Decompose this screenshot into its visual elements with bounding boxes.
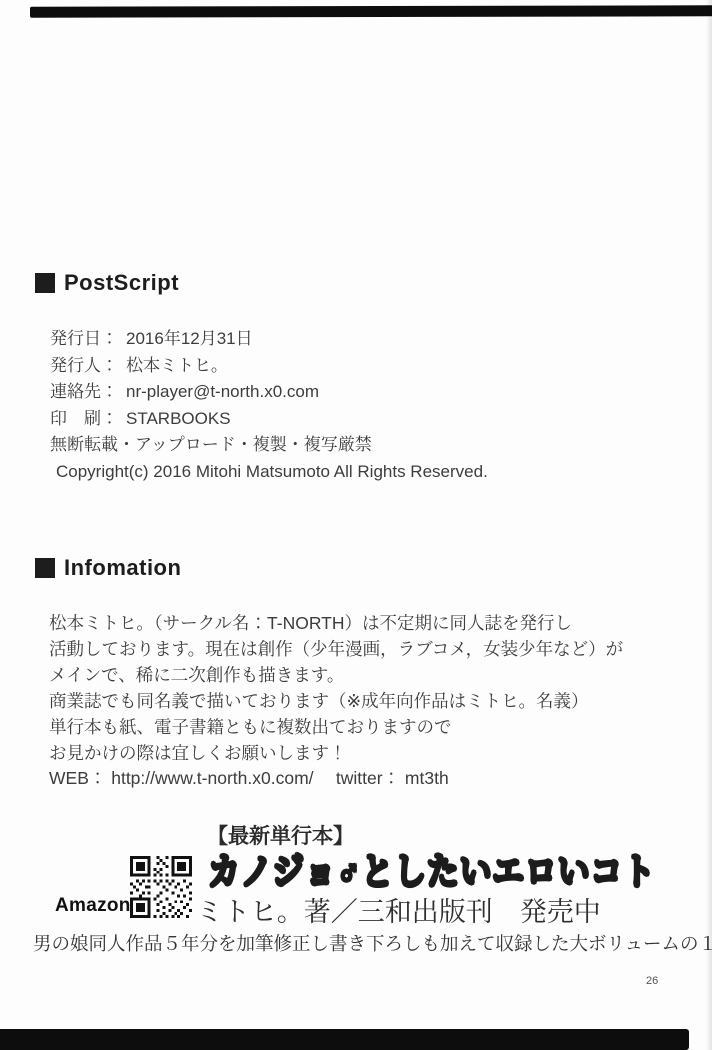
colophon-label: 印 刷：: [50, 409, 118, 428]
book-description-line: 男の娘同人作品５年分を加筆修正し書き下ろしも加えて収録した大ボリュームの１冊！: [33, 930, 712, 956]
colophon-label: 発行日：: [50, 329, 118, 348]
colophon-block: 発行日：2016年12月31日 発行人：松本ミトヒ。 連絡先：nr-player…: [50, 326, 488, 485]
info-line: メインで、稀に二次創作も描きます。: [49, 663, 623, 689]
info-line: お見かけの際は宜しくお願いします！: [49, 741, 623, 767]
colophon-row-date: 発行日：2016年12月31日: [50, 326, 488, 353]
book-author-publisher-line: ミトヒ。著／三和出版刊 発売中: [196, 890, 601, 929]
information-heading-label: Infomation: [64, 555, 181, 581]
colophon-row-printer: 印 刷：STARBOOKS: [50, 406, 488, 433]
information-block: 松本ミトヒ。（サークル名：T-NORTH）は不定期に同人誌を発行し 活動しており…: [49, 611, 623, 792]
info-line: 松本ミトヒ。（サークル名：T-NORTH）は不定期に同人誌を発行し: [49, 611, 623, 637]
postscript-heading: PostScript: [35, 270, 179, 296]
scanned-colophon-page: PostScript 発行日：2016年12月31日 発行人：松本ミトヒ。 連絡…: [0, 0, 712, 1050]
qr-code-icon: [130, 856, 192, 918]
amazon-label: Amazon: [55, 895, 131, 917]
info-line: 単行本も紙、電子書籍ともに複数出ておりますので: [49, 715, 623, 741]
info-line: 活動しております。現在は創作（少年漫画，ラブコメ，女装少年など）が: [49, 637, 623, 663]
colophon-label: 発行人：: [50, 356, 118, 375]
black-square-bullet-icon: [35, 558, 55, 578]
book-title: カノジョ♂としたいエロいコト: [208, 841, 656, 895]
colophon-label: 連絡先：: [50, 382, 118, 401]
postscript-heading-label: PostScript: [64, 270, 179, 296]
info-line: 商業誌でも同名義で描いております（※成年向作品はミトヒ。名義）: [49, 689, 623, 715]
copyright-line: Copyright(c) 2016 Mitohi Matsumoto All R…: [50, 459, 488, 486]
black-square-bullet-icon: [35, 273, 55, 293]
colophon-value: 2016年12月31日: [126, 329, 253, 348]
reproduction-notice: 無断転載・アップロード・複製・複写厳禁: [50, 432, 488, 459]
scan-artifact-top-bar: [30, 5, 712, 17]
colophon-value: 松本ミトヒ。: [126, 356, 228, 375]
colophon-row-contact: 連絡先：nr-player@t-north.x0.com: [50, 379, 488, 406]
page-number: 26: [646, 975, 658, 987]
info-line-web-twitter: WEB： http://www.t-north.x0.com/ twitter：…: [49, 766, 623, 792]
colophon-value: nr-player@t-north.x0.com: [126, 382, 319, 401]
scan-artifact-bottom-bar: [0, 1029, 689, 1050]
information-heading: Infomation: [35, 555, 181, 581]
colophon-row-publisher: 発行人：松本ミトヒ。: [50, 353, 488, 380]
colophon-value: STARBOOKS: [126, 409, 231, 428]
qr-code-svg: [130, 856, 192, 918]
